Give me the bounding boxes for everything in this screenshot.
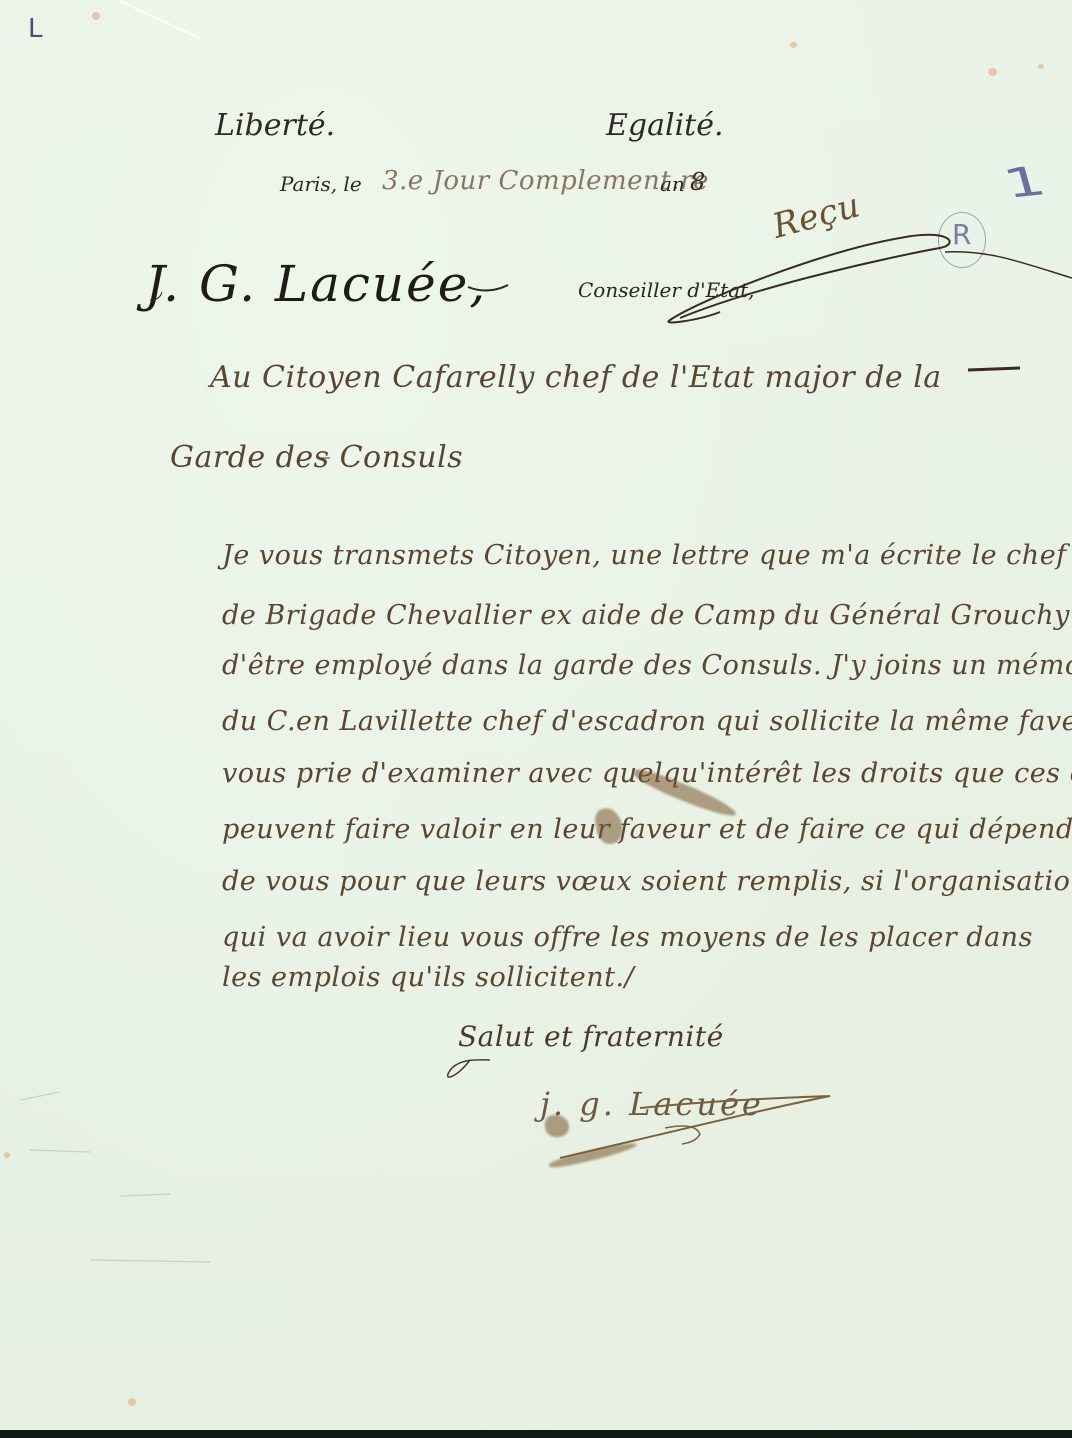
- scan-bottom-edge: [0, 1430, 1072, 1438]
- signature: j. g. Lacuée: [540, 1085, 764, 1123]
- foxing-spot: [790, 42, 797, 48]
- body-line: Je vous transmets Citoyen, une lettre qu…: [222, 540, 1067, 571]
- foxing-spot: [1038, 64, 1044, 69]
- paper-fold-crease: [119, 0, 201, 40]
- ink-stain: [548, 1139, 638, 1170]
- sender-name: J. G. Lacuée,: [145, 255, 487, 313]
- body-line: de vous pour que leurs vœux soient rempl…: [222, 866, 1072, 897]
- letter-sheet: L 1 Liberté. Egalité. Paris, le 3.e Jour…: [0, 0, 1072, 1430]
- body-line: d'être employé dans la garde des Consuls…: [222, 650, 1072, 681]
- sender-title: Conseiller d'Etat,: [578, 278, 755, 302]
- foxing-spot: [988, 68, 997, 76]
- foxing-spot: [128, 1398, 136, 1406]
- pencil-folio-mark: L: [28, 14, 43, 44]
- foxing-spot: [92, 12, 100, 20]
- received-annotation: Reçu: [768, 185, 864, 247]
- body-line: qui va avoir lieu vous offre les moyens …: [222, 922, 1033, 953]
- foxing-spot: [4, 1152, 10, 1158]
- year-prefix: an: [660, 172, 685, 196]
- recipient-line-2: Garde des Consuls: [170, 440, 463, 475]
- body-line: du C.en Lavillette chef d'escadron qui s…: [222, 706, 1072, 737]
- body-line: peuvent faire valoir en leur faveur et d…: [222, 814, 1072, 845]
- place-prefix: Paris, le: [280, 172, 362, 196]
- motto-egalite: Egalité.: [606, 108, 724, 143]
- closing-salutation: Salut et fraternité: [458, 1020, 724, 1053]
- recipient-line-1: Au Citoyen Cafarelly chef de l'Etat majo…: [210, 360, 942, 395]
- motto-liberte: Liberté.: [215, 108, 335, 143]
- body-line: les emplois qu'ils sollicitent./: [222, 962, 634, 993]
- circled-mark-letter: R: [952, 218, 971, 251]
- pencil-page-number: 1: [998, 158, 1051, 208]
- body-line: de Brigade Chevallier ex aide de Camp du…: [222, 600, 1072, 631]
- year-handwritten: 8: [690, 168, 706, 196]
